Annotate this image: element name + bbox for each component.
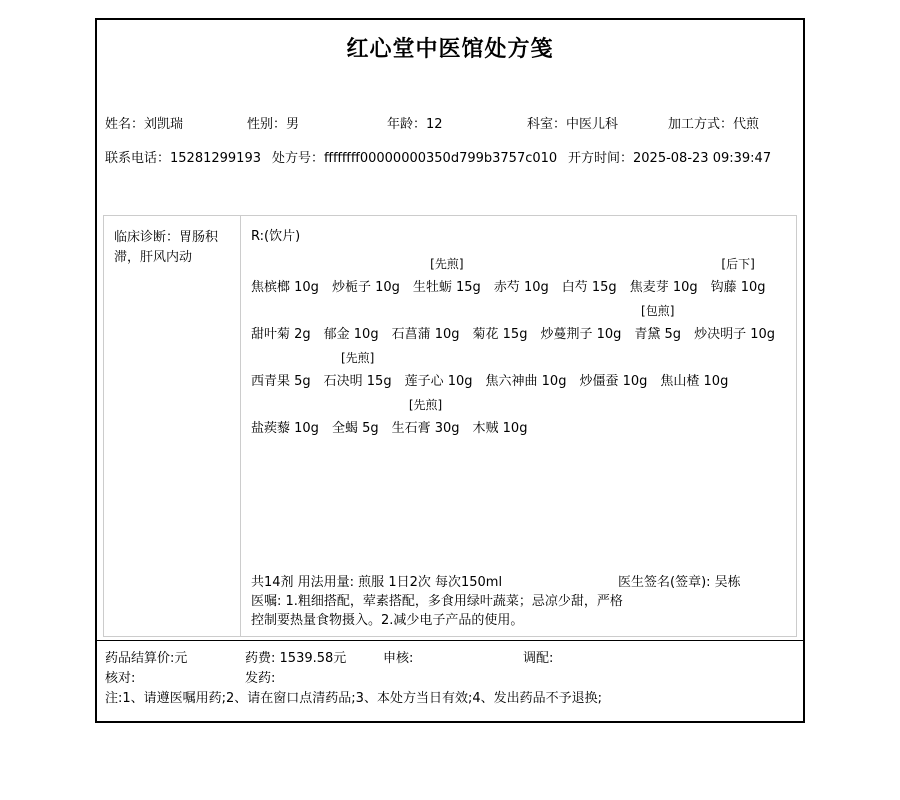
- drug-row: 盐蒺藜 10g 全蝎 5g[先煎]生石膏 30g 木贼 10g: [251, 395, 788, 442]
- decoction-method-tag: [251, 254, 319, 275]
- drug-name-dose: 炒蔓荆子 10g: [540, 322, 621, 348]
- clinical-diagnosis: 临床诊断：胃肠积滞，肝风内动: [104, 216, 241, 636]
- decoction-method-tag: [473, 395, 528, 416]
- field-value: 1539.58元: [275, 651, 346, 666]
- drug-name-dose: 焦麦芽 10g: [630, 275, 698, 301]
- processing-method-field: 加工方式：代煎: [668, 116, 759, 134]
- drug-name-dose: 盐蒺藜 10g: [251, 416, 319, 442]
- field-label: 申核:: [383, 651, 413, 666]
- decoction-method-tag: [392, 301, 460, 322]
- drug-item: 石菖蒲 10g: [392, 301, 460, 348]
- field-value: 中医儿科: [566, 117, 618, 132]
- field-value: 代煎: [733, 117, 759, 132]
- decoction-method-tag: [先煎]: [392, 395, 460, 416]
- prescription-number-field: 处方号：ffffffff00000000350d799b3757c010: [272, 150, 557, 168]
- decoction-method-tag: [251, 395, 319, 416]
- decoction-method-tag: [562, 254, 617, 275]
- drug-name-dose: 青黛 5g: [634, 322, 681, 348]
- decoction-method-tag: [540, 301, 621, 322]
- decoction-method-tag: [251, 301, 311, 322]
- drug-item: 焦槟榔 10g: [251, 254, 319, 301]
- medicine-fee-field: 药费: 1539.58元: [245, 650, 346, 668]
- field-label: 核对:: [105, 671, 135, 686]
- drug-item: 焦六神曲 10g: [486, 348, 567, 395]
- field-value: 男: [286, 117, 299, 132]
- drug-item: [先煎]生牡蛎 15g: [413, 254, 481, 301]
- field-label: 药费:: [245, 651, 275, 666]
- decoction-method-tag: [405, 348, 473, 369]
- decoction-method-tag: [494, 254, 549, 275]
- drug-item: 焦麦芽 10g: [630, 254, 698, 301]
- decoction-method-tag: [251, 348, 311, 369]
- decoction-method-tag: [660, 348, 728, 369]
- drug-item: 焦山楂 10g: [660, 348, 728, 395]
- drug-name-dose: 甜叶菊 2g: [251, 322, 311, 348]
- prescription-time-field: 开方时间：2025-08-23 09:39:47: [568, 150, 771, 168]
- review-field: 申核:: [383, 650, 413, 668]
- drug-item: 莲子心 10g: [405, 348, 473, 395]
- drug-item: 郁金 10g: [324, 301, 379, 348]
- drug-name-dose: 石菖蒲 10g: [392, 322, 460, 348]
- drug-name-dose: 生石膏 30g: [392, 416, 460, 442]
- decoction-method-tag: [630, 254, 698, 275]
- field-label: 处方号：: [272, 151, 324, 166]
- diagnosis-label: 临床诊断：: [114, 230, 179, 245]
- drug-rows: 焦槟榔 10g 炒栀子 10g[先煎]生牡蛎 15g 赤芍 10g 白芍 15g…: [251, 254, 788, 442]
- drug-name-dose: 石决明 15g: [324, 369, 392, 395]
- settlement-price-field: 药品结算价:元: [105, 650, 187, 668]
- field-value: 刘凯瑞: [144, 117, 183, 132]
- drug-name-dose: 赤芍 10g: [494, 275, 549, 301]
- drug-name-dose: 菊花 15g: [473, 322, 528, 348]
- drug-name-dose: 炒僵蚕 10g: [579, 369, 647, 395]
- prescription-box: 临床诊断：胃肠积滞，肝风内动 R:(饮片) 焦槟榔 10g 炒栀子 10g[先煎…: [103, 215, 797, 637]
- sheet-title: 红心堂中医馆处方笺: [97, 32, 803, 63]
- patient-gender-field: 性别：男: [247, 116, 299, 134]
- drug-item: 炒栀子 10g: [332, 254, 400, 301]
- phone-field: 联系电话：15281299193: [105, 150, 261, 168]
- drug-item: [先煎]石决明 15g: [324, 348, 392, 395]
- usage-line: 共14剂 用法用量: 煎服 1日2次 每次150ml 医生签名(签章): 吴栋: [251, 573, 788, 592]
- drug-row: 甜叶菊 2g 郁金 10g 石菖蒲 10g 菊花 15g 炒蔓荆子 10g[包煎…: [251, 301, 788, 348]
- decoction-method-tag: [324, 301, 379, 322]
- field-value: ffffffff00000000350d799b3757c010: [324, 151, 557, 166]
- patient-age-field: 年龄：12: [387, 116, 443, 134]
- drug-item: 西青果 5g: [251, 348, 311, 395]
- drug-item: 赤芍 10g: [494, 254, 549, 301]
- drug-name-dose: 西青果 5g: [251, 369, 311, 395]
- drug-row: 西青果 5g[先煎]石决明 15g 莲子心 10g 焦六神曲 10g 炒僵蚕 1…: [251, 348, 788, 395]
- field-label: 性别：: [247, 117, 286, 132]
- drug-item: 菊花 15g: [473, 301, 528, 348]
- drug-row: 焦槟榔 10g 炒栀子 10g[先煎]生牡蛎 15g 赤芍 10g 白芍 15g…: [251, 254, 788, 301]
- decoction-method-tag: [486, 348, 567, 369]
- decoction-method-tag: [332, 254, 400, 275]
- department-field: 科室：中医儿科: [527, 116, 618, 134]
- field-label: 姓名：: [105, 117, 144, 132]
- drug-name-dose: 炒决明子 10g: [694, 322, 775, 348]
- decoction-method-tag: [579, 348, 647, 369]
- medical-advice: 医嘱: 1.粗细搭配，荤素搭配，多食用绿叶蔬菜；忌凉少甜，严格控制要热量食物摄入…: [251, 592, 635, 630]
- field-value: 12: [426, 117, 443, 132]
- field-label: 发药:: [245, 671, 275, 686]
- drug-item: [后下]钩藤 10g: [711, 254, 766, 301]
- drug-name-dose: 白芍 15g: [562, 275, 617, 301]
- field-label: 联系电话：: [105, 151, 170, 166]
- drug-name-dose: 焦六神曲 10g: [486, 369, 567, 395]
- decoction-method-tag: [473, 301, 528, 322]
- field-label: 科室：: [527, 117, 566, 132]
- note-line: 注:1、请遵医嘱用药;2、请在窗口点清药品;3、本处方当日有效;4、发出药品不予…: [105, 690, 602, 708]
- decoction-method-tag: [包煎]: [634, 301, 681, 322]
- prescription-content: R:(饮片) 焦槟榔 10g 炒栀子 10g[先煎]生牡蛎 15g 赤芍 10g…: [241, 216, 796, 636]
- usage-text: 共14剂 用法用量: 煎服 1日2次 每次150ml: [251, 575, 502, 590]
- drug-name-dose: 生牡蛎 15g: [413, 275, 481, 301]
- drug-item: [包煎]青黛 5g: [634, 301, 681, 348]
- drug-name-dose: 木贼 10g: [473, 416, 528, 442]
- field-value: 元: [174, 651, 187, 666]
- decoction-method-tag: [先煎]: [413, 254, 481, 275]
- field-value: 15281299193: [170, 151, 261, 166]
- drug-item: 甜叶菊 2g: [251, 301, 311, 348]
- field-label: 加工方式：: [668, 117, 733, 132]
- check-field: 核对:: [105, 670, 135, 688]
- drug-name-dose: 焦山楂 10g: [660, 369, 728, 395]
- section-divider: [97, 640, 803, 641]
- drug-item: 炒僵蚕 10g: [579, 348, 647, 395]
- drug-item: 盐蒺藜 10g: [251, 395, 319, 442]
- drug-name-dose: 莲子心 10g: [405, 369, 473, 395]
- drug-name-dose: 全蝎 5g: [332, 416, 379, 442]
- field-label: 开方时间：: [568, 151, 633, 166]
- decoction-method-tag: [先煎]: [324, 348, 392, 369]
- doctor-signature: 医生签名(签章): 吴栋: [618, 573, 741, 592]
- drug-item: 炒蔓荆子 10g: [540, 301, 621, 348]
- rx-header: R:(饮片): [251, 227, 788, 247]
- drug-name-dose: 炒栀子 10g: [332, 275, 400, 301]
- prescription-footer: 共14剂 用法用量: 煎服 1日2次 每次150ml 医生签名(签章): 吴栋 …: [251, 573, 788, 630]
- dispense-field: 发药:: [245, 670, 275, 688]
- decoction-method-tag: [332, 395, 379, 416]
- field-label: 药品结算价:: [105, 651, 174, 666]
- prescription-sheet: 红心堂中医馆处方笺 姓名：刘凯瑞 性别：男 年龄：12 科室：中医儿科 加工方式…: [95, 18, 805, 723]
- dispense-prep-field: 调配:: [523, 650, 553, 668]
- drug-item: [先煎]生石膏 30g: [392, 395, 460, 442]
- decoction-method-tag: [694, 301, 775, 322]
- field-label: 调配:: [523, 651, 553, 666]
- drug-item: 炒决明子 10g: [694, 301, 775, 348]
- drug-name-dose: 焦槟榔 10g: [251, 275, 319, 301]
- patient-name-field: 姓名：刘凯瑞: [105, 116, 183, 134]
- drug-item: 木贼 10g: [473, 395, 528, 442]
- field-value: 2025-08-23 09:39:47: [633, 151, 771, 166]
- drug-name-dose: 钩藤 10g: [711, 275, 766, 301]
- drug-item: 白芍 15g: [562, 254, 617, 301]
- decoction-method-tag: [后下]: [711, 254, 766, 275]
- field-label: 年龄：: [387, 117, 426, 132]
- drug-name-dose: 郁金 10g: [324, 322, 379, 348]
- drug-item: 全蝎 5g: [332, 395, 379, 442]
